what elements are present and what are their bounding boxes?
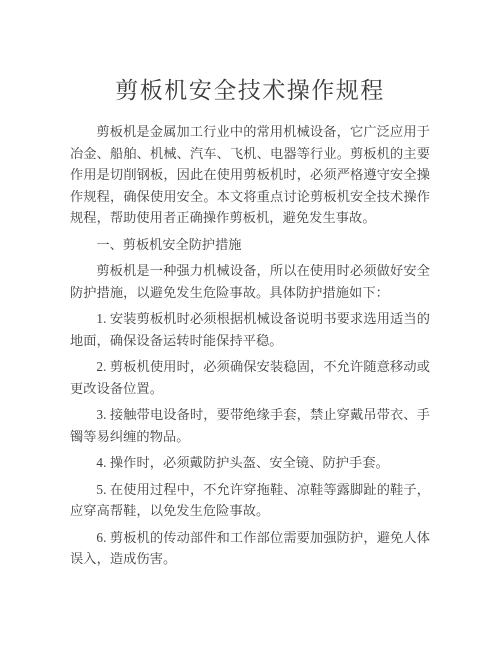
safety-item-4: 4. 操作时，必须戴防护头盔、安全镜、防护手套。: [70, 452, 430, 474]
section-lead-paragraph: 剪板机是一种强力机械设备，所以在使用时必须做好安全防护措施，以避免发生危险事故。…: [70, 260, 430, 303]
safety-item-3: 3. 接触带电设备时，要带绝缘手套，禁止穿戴吊带衣、手镯等易纠缠的物品。: [70, 404, 430, 447]
intro-paragraph: 剪板机是金属加工行业中的常用机械设备，它广泛应用于冶金、船舶、机械、汽车、飞机、…: [70, 121, 430, 229]
document-page: 剪板机安全技术操作规程 剪板机是金属加工行业中的常用机械设备，它广泛应用于冶金、…: [70, 0, 430, 570]
section-heading: 一、剪板机安全防护措施: [70, 234, 430, 256]
safety-item-1: 1. 安装剪板机时必须根据机械设备说明书要求选用适当的地面，确保设备运转时能保持…: [70, 308, 430, 351]
safety-item-6: 6. 剪板机的传动部件和工作部位需要加强防护，避免人体误入，造成伤害。: [70, 527, 430, 570]
safety-item-2: 2. 剪板机使用时，必须确保安装稳固，不允许随意移动或更改设备位置。: [70, 356, 430, 399]
document-title: 剪板机安全技术操作规程: [70, 76, 430, 106]
document-viewer: { "page": { "background_color": "#ffffff…: [0, 0, 500, 647]
safety-item-5: 5. 在使用过程中，不允许穿拖鞋、凉鞋等露脚趾的鞋子，应穿高帮鞋，以免发生危险事…: [70, 479, 430, 522]
